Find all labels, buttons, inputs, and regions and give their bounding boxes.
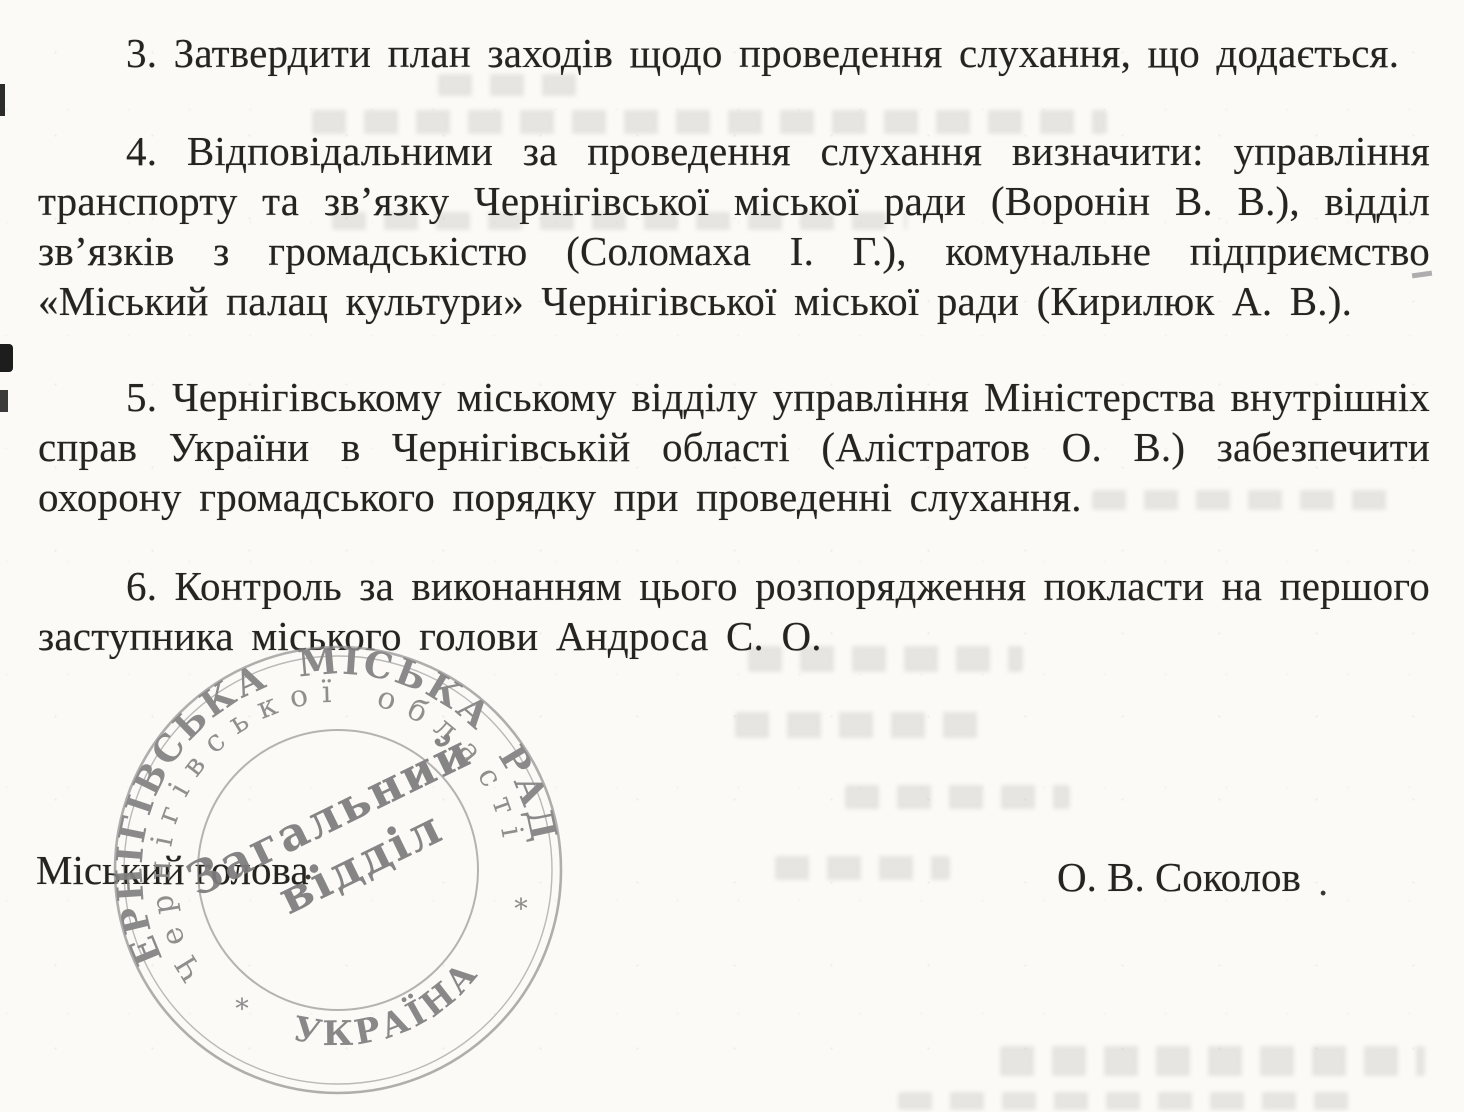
text-line: 3. Затвердити план заходів щодо проведен… bbox=[38, 28, 1430, 78]
bleedthrough-smudge bbox=[845, 785, 1070, 809]
text-line: 5. Чернігівському міському відділу управ… bbox=[38, 372, 1430, 422]
bleedthrough-smudge bbox=[775, 856, 950, 880]
stamp-inner-ring-label: Чернігівської області bbox=[142, 675, 531, 987]
text-line: 4. Відповідальними за проведення слуханн… bbox=[38, 126, 1430, 176]
paragraph-5: 5. Чернігівському міському відділу управ… bbox=[38, 372, 1430, 522]
stamp-asterisk-left: * bbox=[235, 994, 249, 1025]
text-line: «Міський палац культури» Чернігівської м… bbox=[38, 276, 1430, 326]
text-line: заступника міського голови Андроса С. О. bbox=[38, 611, 1430, 661]
signature-title: Міський голова bbox=[36, 846, 309, 894]
bleedthrough-smudge bbox=[1000, 1046, 1425, 1076]
paragraph-4: 4. Відповідальними за проведення слуханн… bbox=[38, 126, 1430, 326]
scan-edge-mark bbox=[0, 84, 5, 116]
paragraph-3: 3. Затвердити план заходів щодо проведен… bbox=[38, 28, 1430, 78]
stray-dot: . bbox=[1318, 876, 1328, 886]
text-line: 6. Контроль за виконанням цього розпоряд… bbox=[38, 561, 1430, 611]
scanned-document-page: 3. Затвердити план заходів щодо проведен… bbox=[0, 0, 1464, 1112]
text-line: охорону громадського порядку при проведе… bbox=[38, 472, 1430, 522]
stamp-country-label: УКРАЇНА bbox=[290, 952, 487, 1054]
bleedthrough-smudge bbox=[898, 1092, 1353, 1110]
text-line: зв’язків з громадськістю (Соломаха І. Г.… bbox=[38, 226, 1430, 276]
text-line: справ України в Чернігівській області (А… bbox=[38, 422, 1430, 472]
signature-name: О. В. Соколов bbox=[1057, 853, 1301, 901]
stamp-outer-ring-label: ЧЕРНІГІВСЬКА МІСЬКА РАДА bbox=[111, 641, 565, 971]
scan-edge-mark bbox=[0, 344, 13, 372]
paragraph-6: 6. Контроль за виконанням цього розпоряд… bbox=[38, 561, 1430, 661]
scan-edge-mark bbox=[0, 390, 8, 412]
bleedthrough-smudge bbox=[735, 712, 985, 738]
stamp-asterisk-right: * bbox=[514, 894, 528, 925]
stray-dot: . bbox=[303, 860, 313, 870]
text-line: транспорту та зв’язку Чернігівської місь… bbox=[38, 176, 1430, 226]
